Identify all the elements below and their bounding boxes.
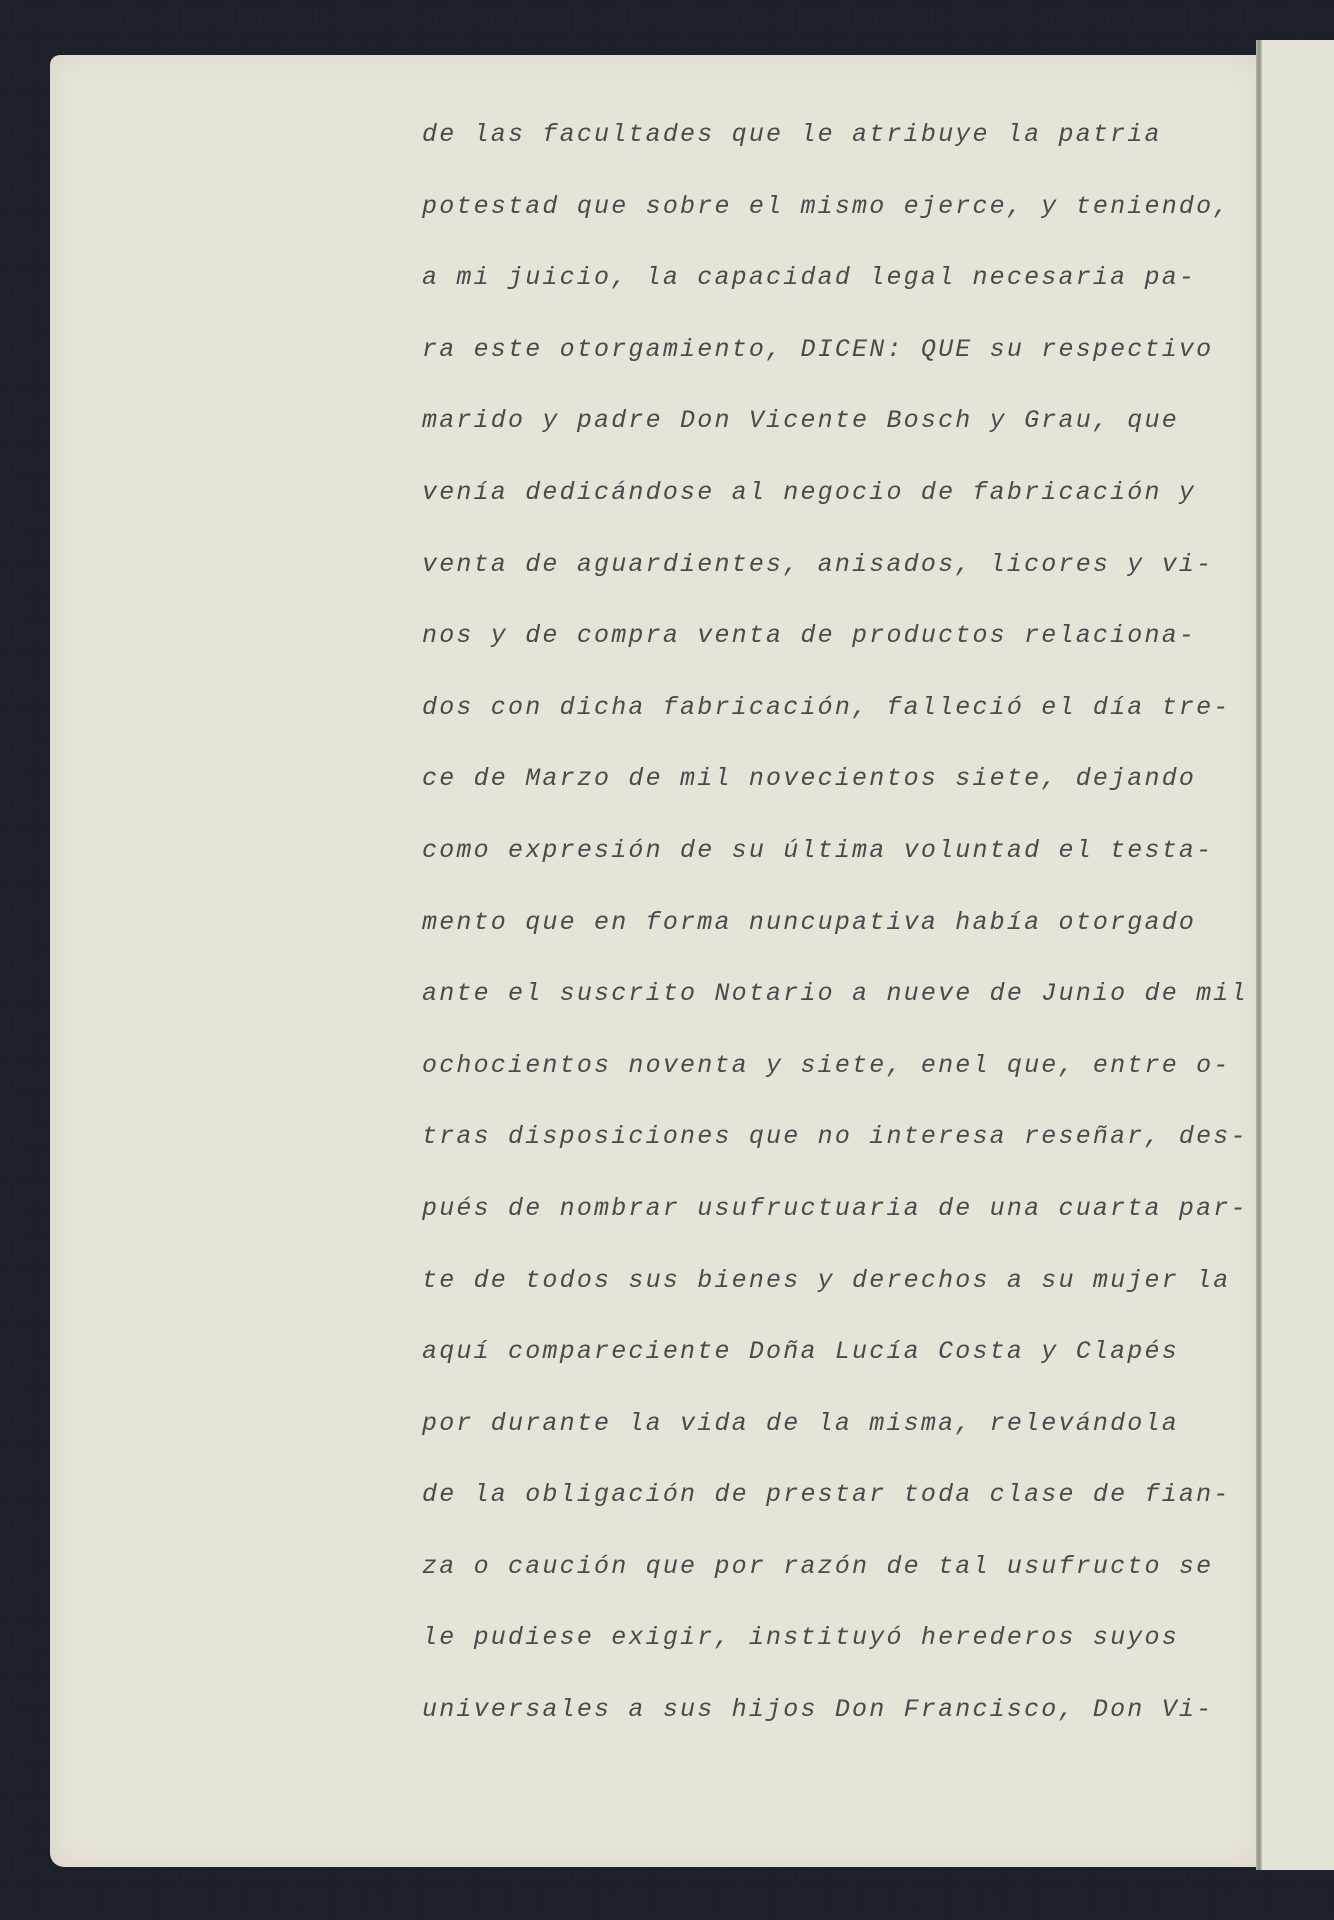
text-line: a mi juicio, la capacidad legal necesari…: [422, 261, 1262, 333]
text-line: pués de nombrar usufructuaria de una cua…: [422, 1192, 1262, 1264]
adjacent-page-edge: [1262, 40, 1334, 1870]
text-line: ce de Marzo de mil novecientos siete, de…: [422, 762, 1262, 834]
typewritten-body: de las facultades que le atribuye la pat…: [422, 118, 1262, 1765]
text-line: ochocientos noventa y siete, enel que, e…: [422, 1049, 1262, 1121]
text-line: venía dedicándose al negocio de fabricac…: [422, 476, 1262, 548]
text-line: ante el suscrito Notario a nueve de Juni…: [422, 977, 1262, 1049]
text-line: de las facultades que le atribuye la pat…: [422, 118, 1262, 190]
text-line: universales a sus hijos Don Francisco, D…: [422, 1693, 1262, 1765]
text-line: potestad que sobre el mismo ejerce, y te…: [422, 190, 1262, 262]
text-line: aquí compareciente Doña Lucía Costa y Cl…: [422, 1335, 1262, 1407]
text-line: como expresión de su última voluntad el …: [422, 834, 1262, 906]
text-line: mento que en forma nuncupativa había oto…: [422, 906, 1262, 978]
text-line: marido y padre Don Vicente Bosch y Grau,…: [422, 404, 1262, 476]
text-line: le pudiese exigir, instituyó herederos s…: [422, 1621, 1262, 1693]
text-line: de la obligación de prestar toda clase d…: [422, 1478, 1262, 1550]
text-line: dos con dicha fabricación, falleció el d…: [422, 691, 1262, 763]
text-line: nos y de compra venta de productos relac…: [422, 619, 1262, 691]
text-line: ra este otorgamiento, DICEN: QUE su resp…: [422, 333, 1262, 405]
text-line: za o caución que por razón de tal usufru…: [422, 1550, 1262, 1622]
text-line: por durante la vida de la misma, releván…: [422, 1407, 1262, 1479]
text-line: venta de aguardientes, anisados, licores…: [422, 548, 1262, 620]
text-line: tras disposiciones que no interesa reseñ…: [422, 1120, 1262, 1192]
text-line: te de todos sus bienes y derechos a su m…: [422, 1264, 1262, 1336]
